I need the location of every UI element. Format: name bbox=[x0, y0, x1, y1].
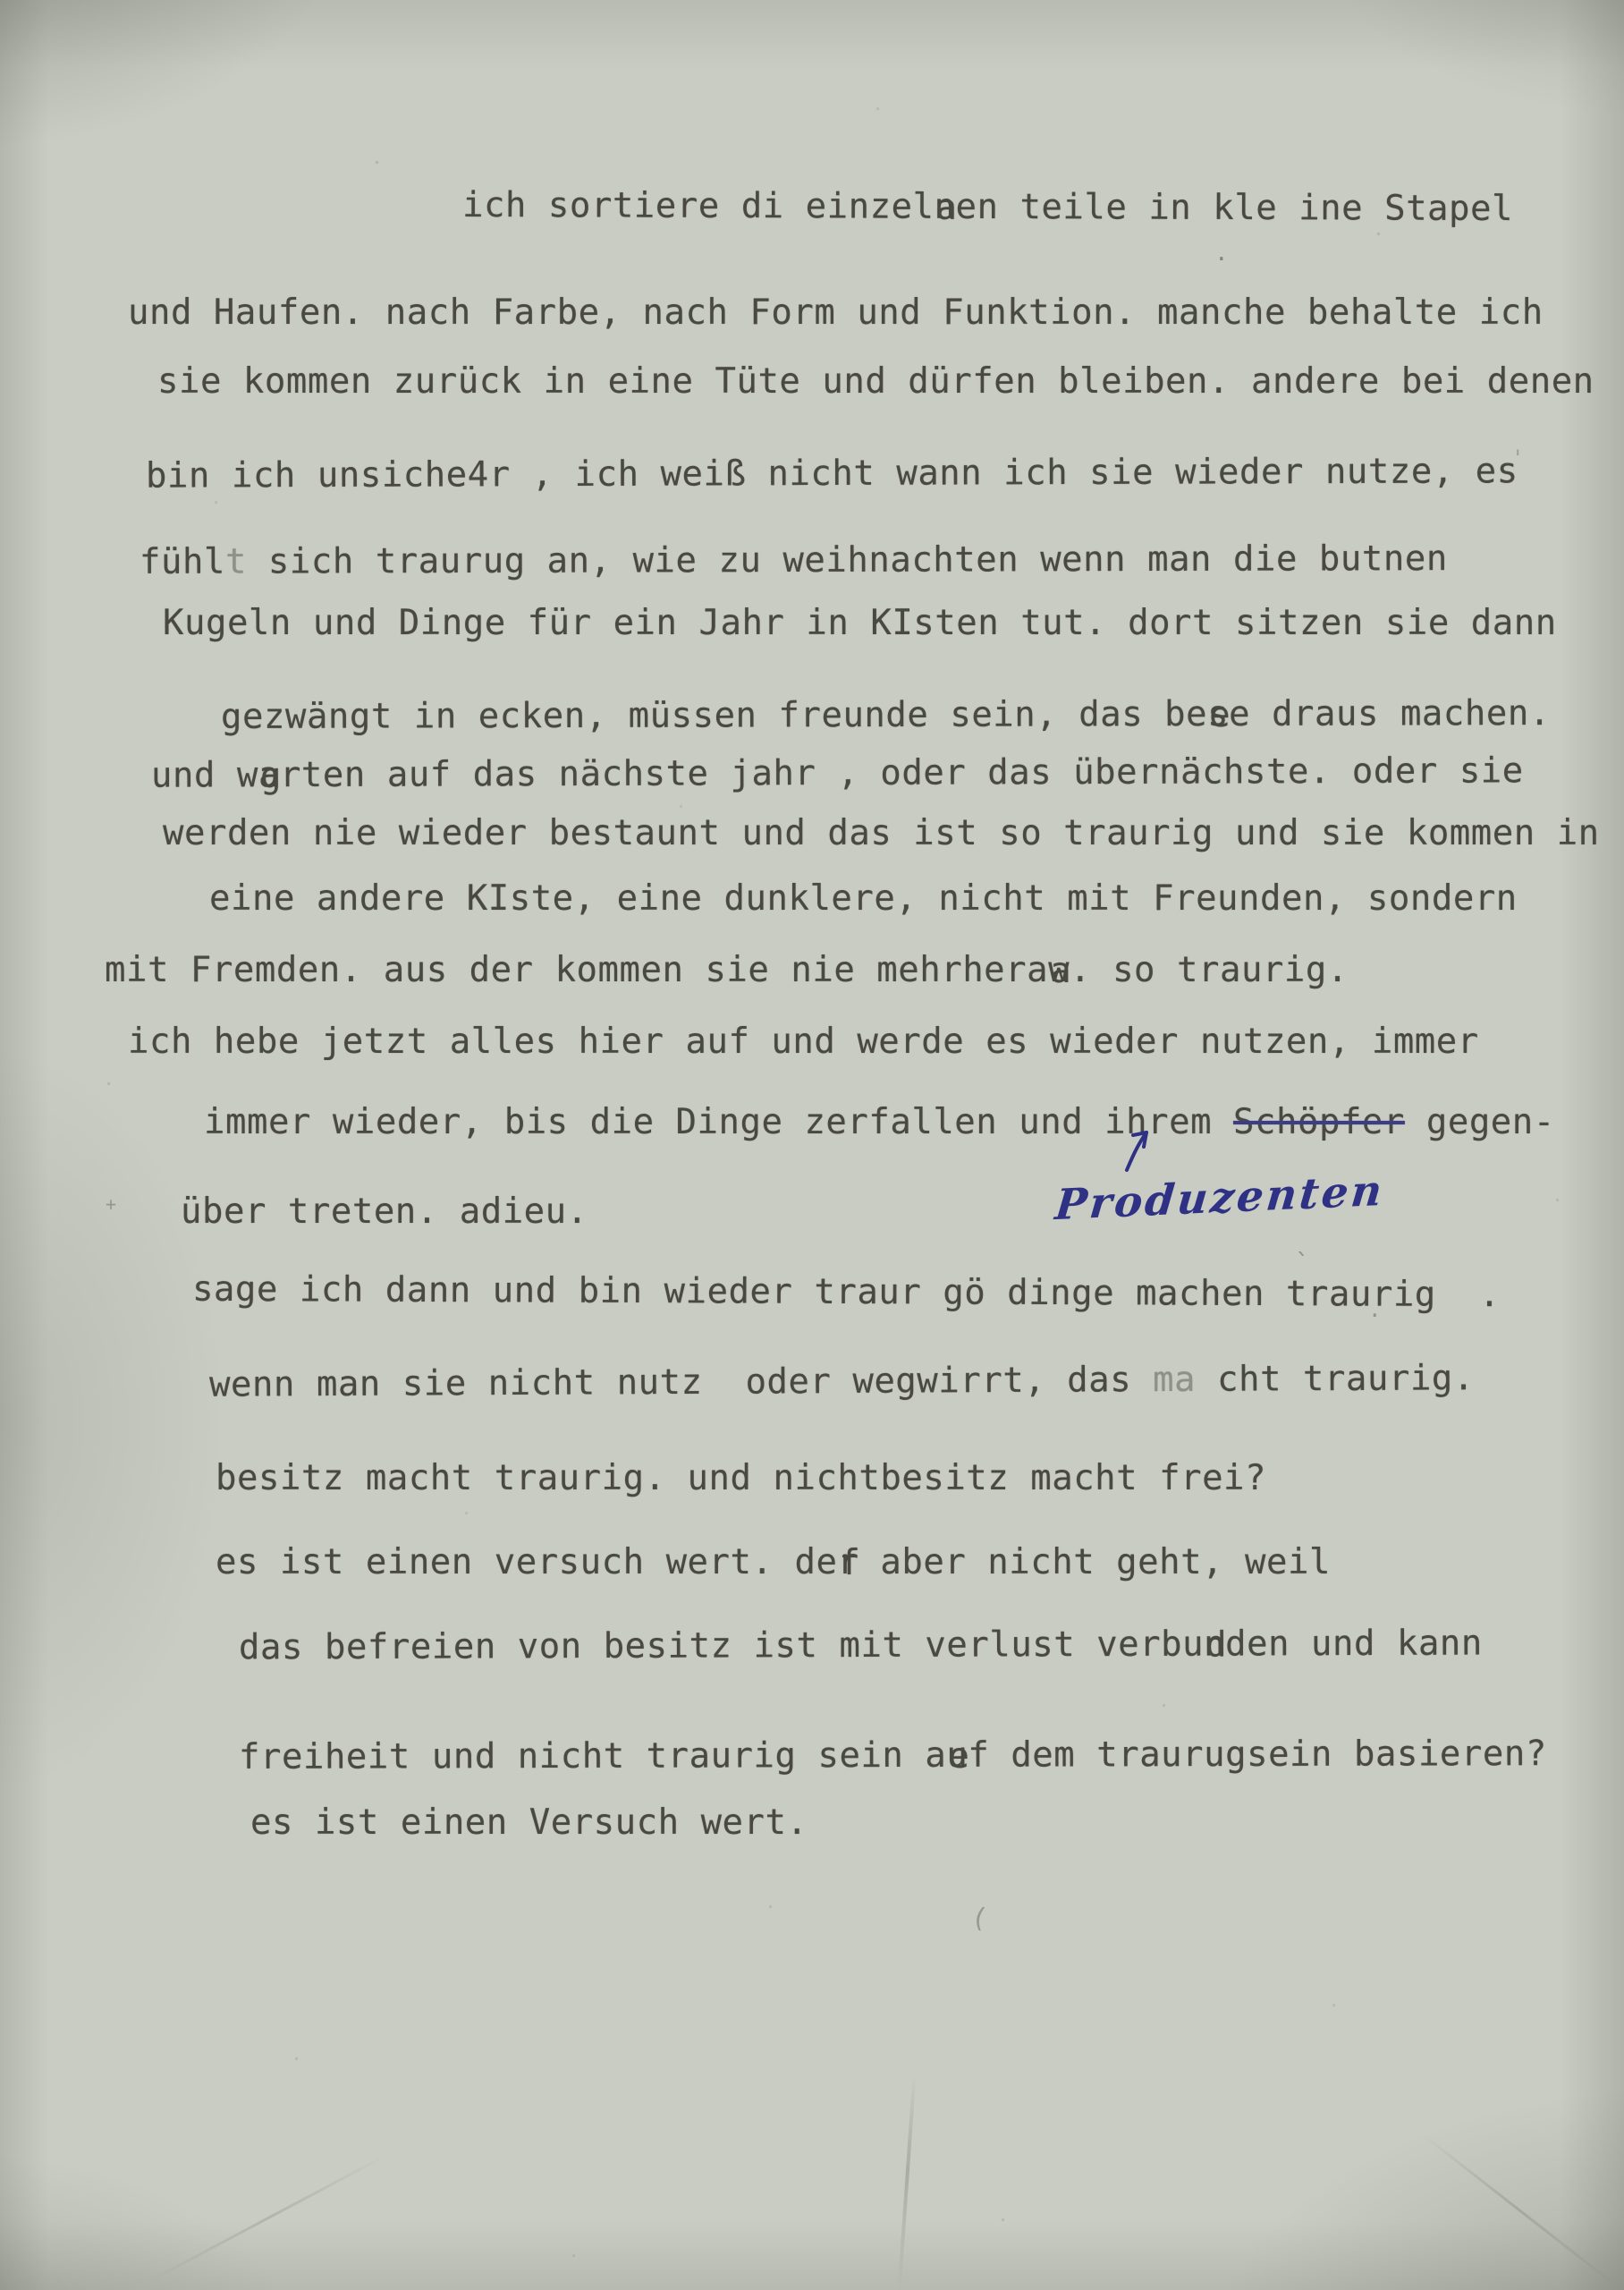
text-line: ich hebe jetzt alles hier auf und werde … bbox=[128, 1024, 1479, 1059]
text-line: Kugeln und Dinge für ein Jahr in KIsten … bbox=[163, 606, 1557, 640]
text-line: fühlt sich traurug an, wie zu weihnachte… bbox=[140, 541, 1448, 580]
text-line: gezwängt in ecken, müssen freunde sein, … bbox=[221, 696, 1551, 734]
text-line: besitz macht traurig. und nichtbesitz ma… bbox=[216, 1461, 1266, 1496]
text-run: mit Fremden. aus der kommen sie nie mehr… bbox=[105, 950, 1048, 990]
text-run: und Haufen. nach Farbe, nach Form und Fu… bbox=[128, 293, 1544, 333]
paper-vignette bbox=[0, 0, 1624, 2290]
text-run: Kugeln und Dinge für ein Jahr in KIsten … bbox=[163, 603, 1557, 643]
paper-crease bbox=[1421, 2133, 1620, 2289]
text-run: eine andere KIste, eine dunklere, nicht … bbox=[209, 878, 1518, 919]
overstruck-char: n bbox=[934, 190, 955, 225]
text-line: und Haufen. nach Farbe, nach Form und Fu… bbox=[128, 295, 1544, 330]
text-line: eine andere KIste, eine dunklere, nicht … bbox=[209, 881, 1518, 916]
handwritten-annotation: Produzenten bbox=[1037, 1125, 1341, 1259]
text-run: ich sortiere di einzel bbox=[462, 185, 935, 227]
text-run: t bbox=[225, 542, 247, 582]
overstruck-char: s bbox=[1207, 697, 1229, 732]
text-run: besitz macht traurig. und nichtbesitz ma… bbox=[216, 1458, 1266, 1498]
overstruck-char: w bbox=[1048, 953, 1070, 988]
text-run: rten auf das nächste jahr , oder das übe… bbox=[280, 751, 1524, 795]
handwritten-word: Produzenten bbox=[1053, 1170, 1386, 1226]
text-line: es ist einen Versuch wert. bbox=[250, 1805, 808, 1840]
paper-speckles bbox=[0, 0, 3, 3]
text-line: über treten. adieu. bbox=[181, 1194, 588, 1229]
text-run: cht traurig. bbox=[1196, 1358, 1475, 1400]
text-run: das befreien von besitz ist mit verlust … bbox=[239, 1624, 1204, 1668]
text-run: den und kann bbox=[1225, 1624, 1483, 1665]
paper-crease bbox=[149, 2154, 387, 2282]
text-line: und warten auf das nächste jahr , oder d… bbox=[151, 753, 1524, 793]
text-line: es ist einen versuch wert. der aber nich… bbox=[216, 1545, 1331, 1580]
text-run: gezwängt in ecken, müssen freunde sein, … bbox=[221, 694, 1207, 737]
paper-page: ich sortiere di einzelnen teile in kle i… bbox=[0, 0, 1624, 2290]
text-run: und w bbox=[151, 755, 258, 795]
text-run: fühl bbox=[140, 542, 225, 582]
text-run: e draus machen. bbox=[1229, 693, 1551, 734]
text-line: das befreien von besitz ist mit verlust … bbox=[239, 1626, 1483, 1666]
text-run: f dem traurugsein basieren? bbox=[968, 1734, 1547, 1776]
stray-mark: . bbox=[1368, 1299, 1381, 1320]
text-line: sage ich dann und bin wieder traur gö di… bbox=[192, 1272, 1501, 1312]
overstruck-char: u bbox=[946, 1738, 968, 1773]
text-run: bin ich unsiche4r , ich weiß nicht wann … bbox=[146, 451, 1518, 496]
text-run: ich hebe jetzt alles hier auf und werde … bbox=[128, 1022, 1479, 1062]
text-line: werden nie wieder bestaunt und das ist s… bbox=[163, 816, 1600, 851]
text-run: aber nicht geht, weil bbox=[859, 1542, 1331, 1582]
overstruck-char: a bbox=[258, 758, 280, 793]
overstruck-char: r bbox=[837, 1545, 859, 1580]
insertion-arrow-icon bbox=[1120, 1125, 1161, 1174]
paper-crease bbox=[898, 2075, 917, 2290]
text-run: es ist einen Versuch wert. bbox=[250, 1802, 808, 1843]
text-run: . so traurig. bbox=[1070, 950, 1349, 990]
text-line: wenn man sie nicht nutz oder wegwirrt, d… bbox=[209, 1361, 1475, 1402]
text-run: über treten. adieu. bbox=[181, 1192, 588, 1232]
text-line: freiheit und nicht traurig sein auf dem … bbox=[239, 1736, 1547, 1775]
text-run: sich traurug an, wie zu weihnachten wenn… bbox=[247, 539, 1448, 582]
text-line: mit Fremden. aus der kommen sie nie mehr… bbox=[105, 953, 1349, 988]
text-run: werden nie wieder bestaunt und das ist s… bbox=[163, 813, 1600, 853]
stray-mark: ( bbox=[969, 1904, 990, 1934]
overstruck-char: n bbox=[1204, 1627, 1225, 1662]
text-run: ma bbox=[1153, 1360, 1196, 1400]
text-line: ich sortiere di einzelnen teile in kle i… bbox=[462, 188, 1513, 226]
text-line: immer wieder, bis die Dinge zerfallen un… bbox=[204, 1105, 1555, 1140]
stray-mark: ' bbox=[1511, 447, 1524, 469]
stray-mark: + bbox=[106, 1195, 116, 1213]
text-run: freiheit und nicht traurig sein a bbox=[239, 1735, 946, 1777]
text-run: en teile in kle ine Stapel bbox=[955, 187, 1513, 229]
text-run: wenn man sie nicht nutz oder wegwirrt, d… bbox=[209, 1360, 1153, 1405]
text-run: es ist einen versuch wert. de bbox=[216, 1542, 837, 1582]
text-line: bin ich unsiche4r , ich weiß nicht wann … bbox=[146, 454, 1518, 493]
text-line: sie kommen zurück in eine Tüte und dürfe… bbox=[157, 364, 1594, 399]
stray-mark: ` bbox=[1295, 1251, 1310, 1276]
text-run: sie kommen zurück in eine Tüte und dürfe… bbox=[157, 361, 1594, 402]
stray-mark: . bbox=[1214, 242, 1229, 265]
text-run: gegen- bbox=[1405, 1102, 1555, 1142]
